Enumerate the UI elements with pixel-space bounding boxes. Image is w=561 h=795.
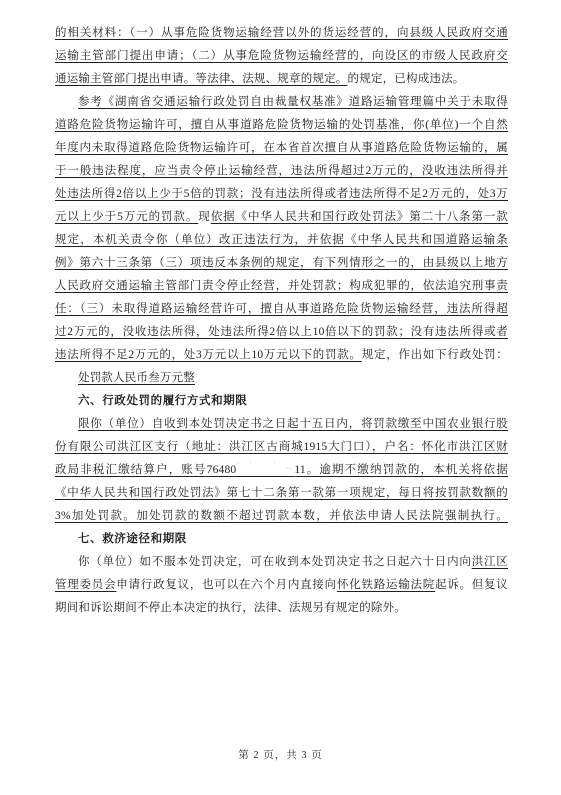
text-line-14: 过2万元的，没收违法所得，处违法所得2倍以上10倍以下的罚款；没有违法所得或者 <box>55 321 508 344</box>
underlined-text: 参考《湖南省交通运输行政处罚自由裁量权基准》道路运输管理篇中关于未取得 <box>78 96 508 108</box>
text-line-20: 政局非税汇缴结算户，账号76480ˈ˙ ˙‥11。逾期不缴纳罚款的，本机关将依据 <box>55 459 508 482</box>
plain-text: 的规定，已构成违法。 <box>348 73 465 85</box>
section-heading-execution: 六、行政处罚的履行方式和期限 <box>55 390 508 413</box>
redaction-mask: ˈ˙ ˙‥ <box>236 461 294 477</box>
underlined-text: 洪江区 <box>472 556 508 568</box>
plain-text: 七、救济途径和期限 <box>78 533 187 545</box>
text-line-11: 例》第六十三条第（三）项违反本条例的规定，有下列情形之一的，由县级以上地方 <box>55 252 508 275</box>
text-line-12: 人民政府交通运输主管部门责令停止经营，并处罚款；构成犯罪的，依法追究刑事责 <box>55 275 508 298</box>
text-line-10: 规定，本机关责令你（单位）改正违法行为，并依据《中华人民共和国道路运输条 <box>55 229 508 252</box>
underlined-text: 怀化铁路运输法院 <box>337 579 435 591</box>
text-line-19: 份有限公司洪江区支行（地址：洪江区古商城1915大门口），户名：怀化市洪江区财 <box>55 436 508 459</box>
text-line-4: 参考《湖南省交通运输行政处罚自由裁量权基准》道路运输管理篇中关于未取得 <box>55 91 508 114</box>
text-line-7: 于一般违法程度，应当责令停止运输经营，违法所得超过2万元的，没收违法所得并 <box>55 160 508 183</box>
plain-text: 你（单位）如不服本处罚决定，可在收到本处罚决定书之日起六十日内向 <box>78 556 472 568</box>
plain-text: 现 <box>198 211 210 223</box>
underlined-text: 过2万元的，没收违法所得，处违法所得2倍以上10倍以下的罚款；没有违法所得或者 <box>55 326 508 338</box>
underlined-text: 于一般违法程度，应当责令停止运输经营，违法所得超过2万元的，没收违法所得并 <box>55 165 508 177</box>
underlined-text: 违法所得不足2万元的，处3万元以上10万元以下的罚款。 <box>55 349 362 361</box>
underlined-text: 处罚款人民币叁万元整 <box>78 372 195 384</box>
underlined-text: 元以上少于5万元的罚款。 <box>55 211 198 223</box>
text-line-6: 年度内未取得道路危险货物运输许可，在本省首次擅自从事道路危险货物运输的，属 <box>55 137 508 160</box>
underlined-text: 运输主管部门提出申请；（二）从事危险货物运输经营的，向设区的市级人民政府交 <box>55 50 508 62</box>
text-line-26: 期间和诉讼期间不停止本决定的执行，法律、法规另有规定的除外。 <box>55 597 508 620</box>
text-line-24: 你（单位）如不服本处罚决定，可在收到本处罚决定书之日起六十日内向洪江区 <box>55 551 508 574</box>
underlined-text: 依据《中华人民共和国行政处罚法》第二十八条第一款 <box>211 211 508 223</box>
underlined-text: 道路危险货物运输许可，擅自从事道路危险货物运输的处罚基准，你(单位)一个自然 <box>55 119 508 131</box>
underlined-text: 的相关材料：（一）从事危险货物运输经营以外的货运经营的，向县级人民政府交通 <box>55 27 508 39</box>
underlined-text: 年度内未取得道路危险货物运输许可，在本省首次擅自从事道路危险货物运输的，属 <box>55 142 508 154</box>
text-line-1: 的相关材料：（一）从事危险货物运输经营以外的货运经营的，向县级人民政府交通 <box>55 22 508 45</box>
underlined-text: 处违法所得2倍以上少于5倍的罚款；没有违法所得或者违法所得不足2万元的，处3万 <box>55 188 508 200</box>
penalty-amount-line: 处罚款人民币叁万元整 <box>55 367 508 390</box>
underlined-text: 例》第六十三条第（三）项违反本条例的规定，有下列情形之一的，由县级以上地方 <box>55 257 508 269</box>
plain-text: 期间和诉讼期间不停止本决定的执行，法律、法规另有规定的除外。 <box>55 602 406 614</box>
text-line-13: 任：（三）未取得道路运输经营许可，擅自从事道路危险货物运输经营，违法所得超 <box>55 298 508 321</box>
plain-text: 规定，作出如下行政处罚： <box>362 349 508 361</box>
text-line-22: 3%加处罚款。加处罚款的数额不超过罚款本数，并依法申请人民法院强制执行。 <box>55 505 508 528</box>
text-line-9: 元以上少于5万元的罚款。现依据《中华人民共和国行政处罚法》第二十八条第一款 <box>55 206 508 229</box>
text-line-8: 处违法所得2倍以上少于5倍的罚款；没有违法所得或者违法所得不足2万元的，处3万 <box>55 183 508 206</box>
document-body: 的相关材料：（一）从事危险货物运输经营以外的货运经营的，向县级人民政府交通运输主… <box>55 22 508 620</box>
text-line-15: 违法所得不足2万元的，处3万元以上10万元以下的罚款。规定，作出如下行政处罚： <box>55 344 508 367</box>
underlined-text: 3%加处罚款。加处罚款的数额不超过罚款本数，并依法申请人民法院强制执行。 <box>55 510 508 522</box>
underlined-text: 政局非税汇缴结算户，账号76480 <box>55 464 236 476</box>
plain-text: 六、行政处罚的履行方式和期限 <box>78 395 247 407</box>
underlined-text: 规定，本机关责令你（单位）改正违法行为，并依据《中华人民共和国道路运输条 <box>55 234 508 246</box>
text-line-3: 通运输主管部门提出申请。等法律、法规、规章的规定。的规定，已构成违法。 <box>55 68 508 91</box>
document-page: 的相关材料：（一）从事危险货物运输经营以外的货运经营的，向县级人民政府交通运输主… <box>0 0 561 795</box>
text-line-18: 限你（单位）自收到本处罚决定书之日起十五日内，将罚款缴至中国农业银行股 <box>55 413 508 436</box>
text-line-21: 《中华人民共和国行政处罚法》第七十二条第一款第一项规定，每日将按罚款数额的 <box>55 482 508 505</box>
underlined-text: 《中华人民共和国行政处罚法》第七十二条第一款第一项规定，每日将按罚款数额的 <box>55 487 508 499</box>
underlined-text: 份有限公司洪江区支行（地址：洪江区古商城1915大门口），户名：怀化市洪江区财 <box>55 441 508 453</box>
underlined-text: 管理委员会 <box>55 579 116 591</box>
section-heading-remedy: 七、救济途径和期限 <box>55 528 508 551</box>
underlined-text: 人民政府交通运输主管部门责令停止经营，并处罚款；构成犯罪的，依法追究刑事责 <box>55 280 508 292</box>
plain-text: 申请行政复议，也可以在六个月内直接向 <box>116 579 337 591</box>
text-line-2: 运输主管部门提出申请；（二）从事危险货物运输经营的，向设区的市级人民政府交 <box>55 45 508 68</box>
underlined-text: 限你（单位）自收到本处罚决定书之日起十五日内，将罚款缴至中国农业银行股 <box>78 418 508 430</box>
plain-text: 起诉。但复议 <box>435 579 508 591</box>
underlined-text: 通运输主管部门提出申请。等法律、法规、规章的规定。 <box>55 73 348 85</box>
text-line-5: 道路危险货物运输许可，擅自从事道路危险货物运输的处罚基准，你(单位)一个自然 <box>55 114 508 137</box>
underlined-text: 任：（三）未取得道路运输经营许可，擅自从事道路危险货物运输经营，违法所得超 <box>55 303 508 315</box>
underlined-text: 11。逾期不缴纳罚款的，本机关将依据 <box>294 464 508 476</box>
page-footer: 第 2 页，共 3 页 <box>0 747 561 762</box>
text-line-25: 管理委员会申请行政复议，也可以在六个月内直接向怀化铁路运输法院起诉。但复议 <box>55 574 508 597</box>
